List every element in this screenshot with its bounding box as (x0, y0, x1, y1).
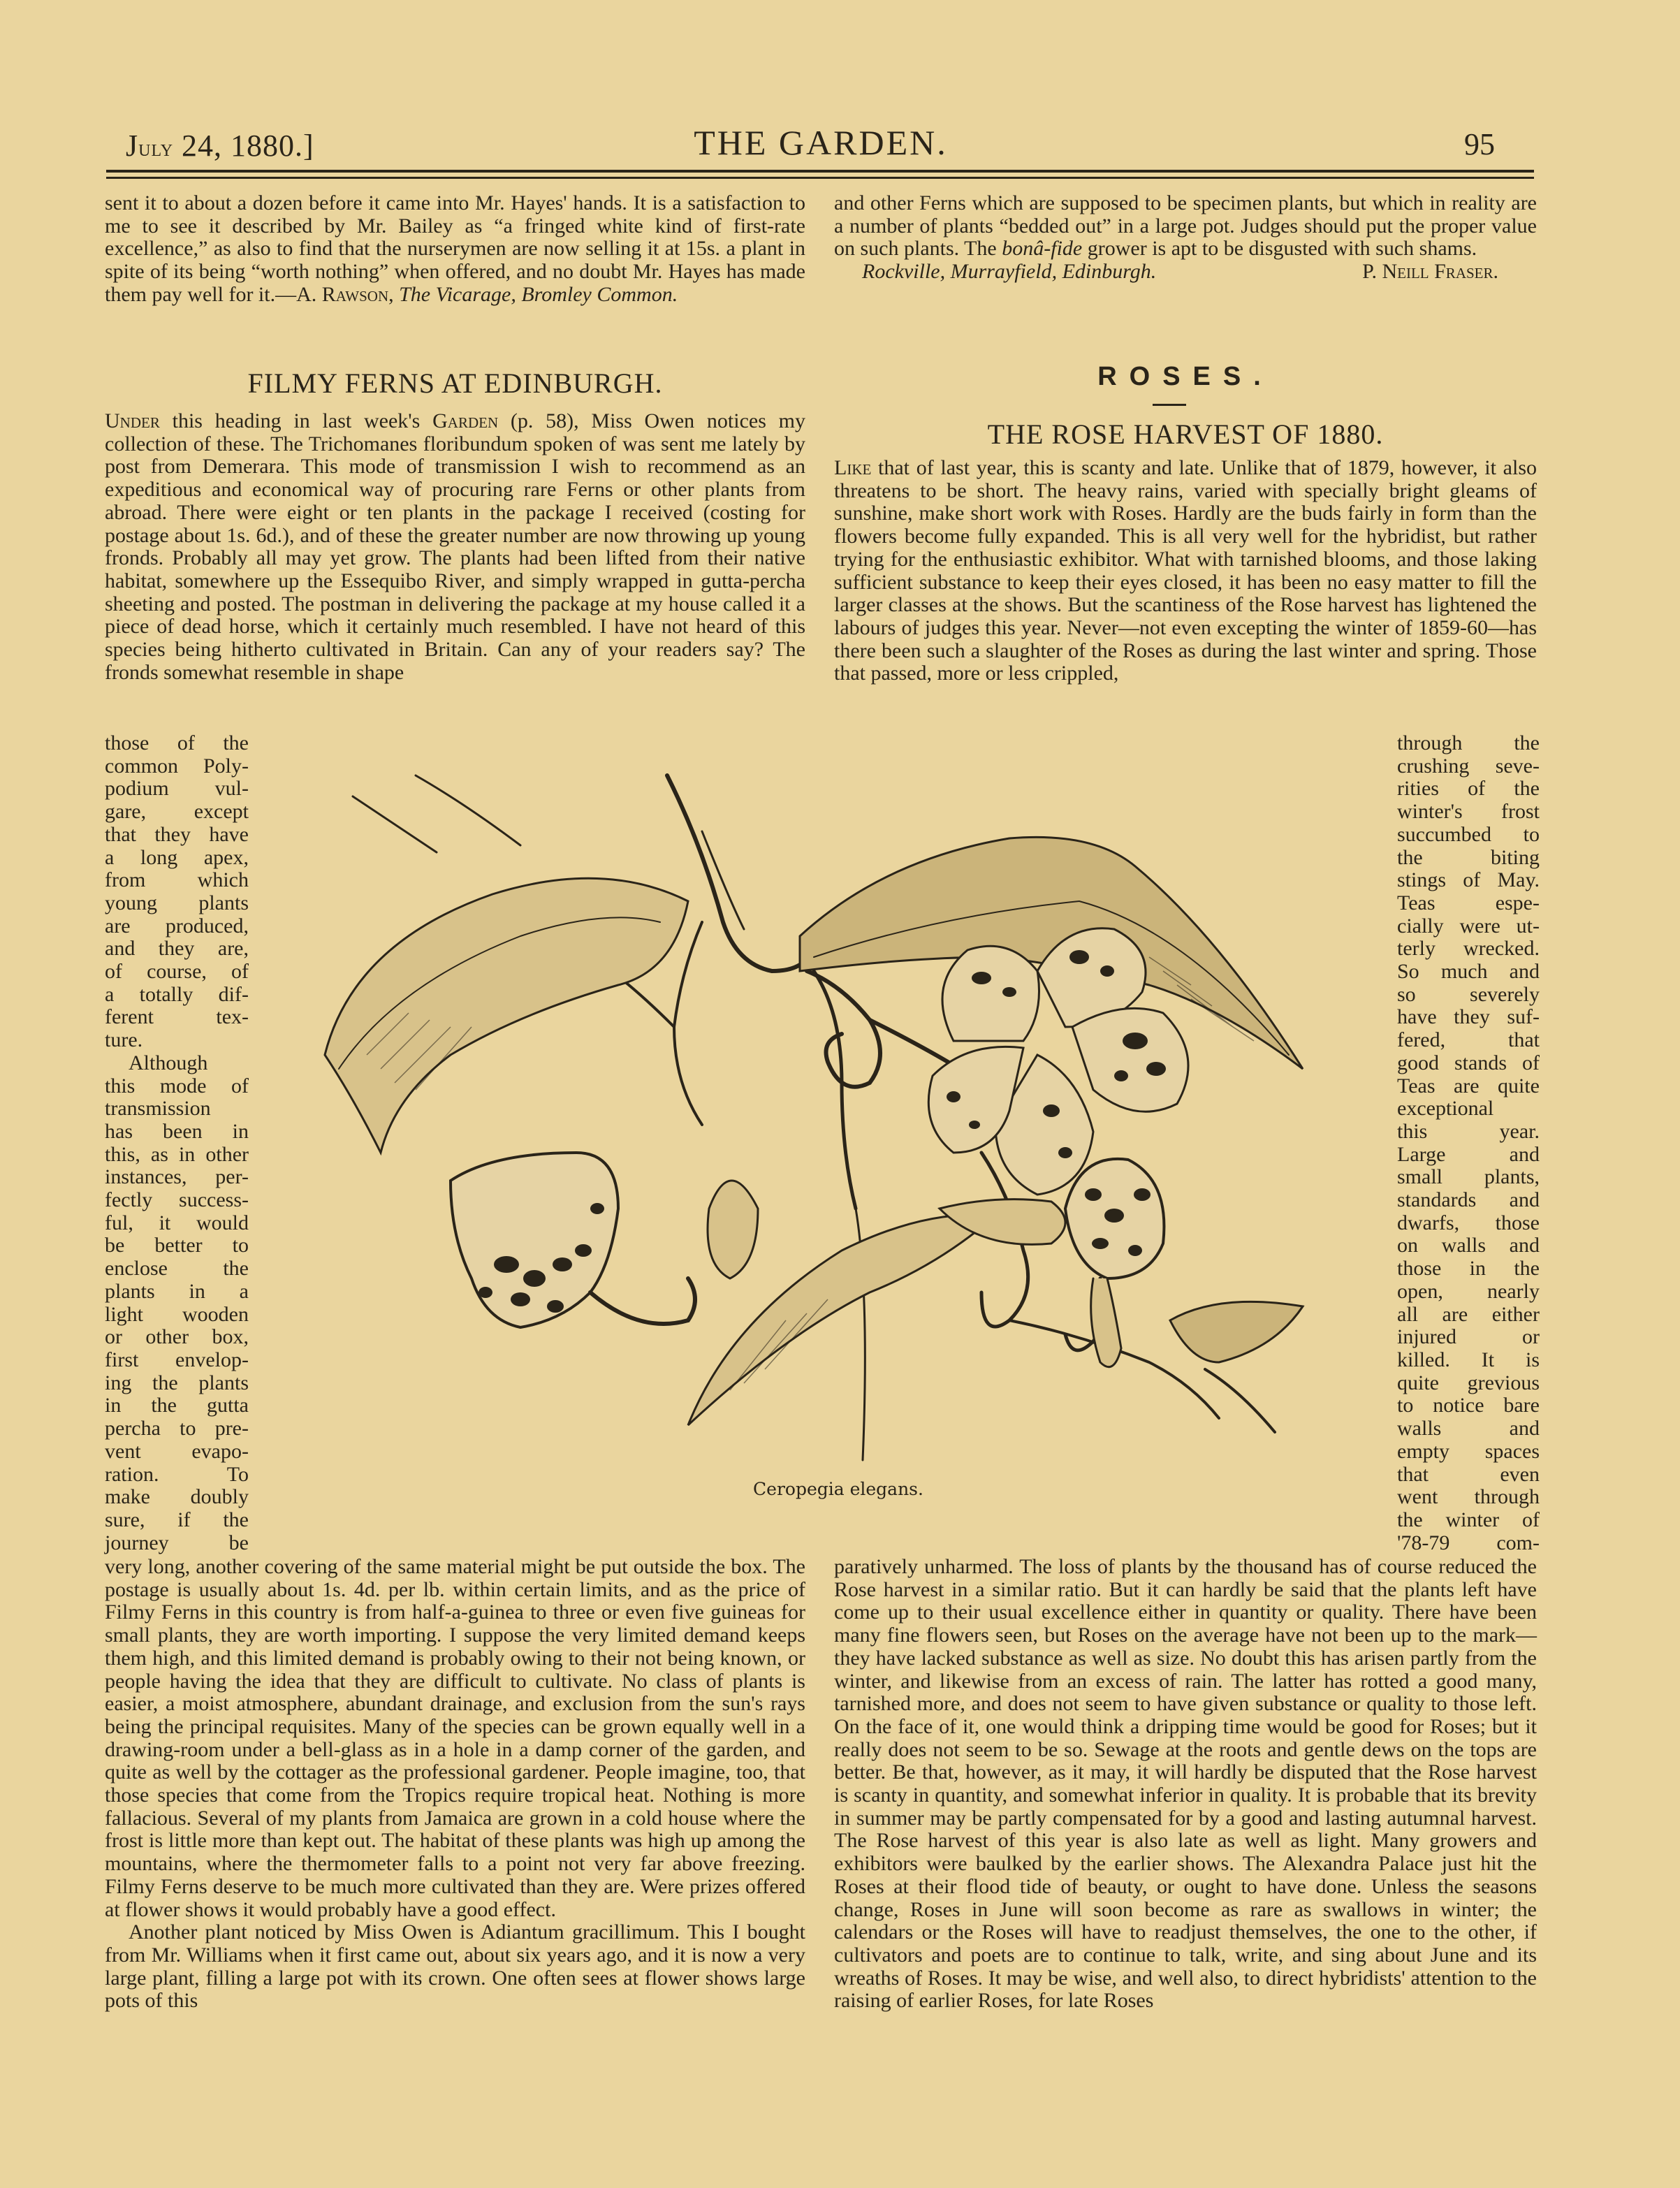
text-line: this mode of (105, 1075, 249, 1098)
text-line: that they have (105, 824, 249, 847)
text-line: stings of May. (1397, 869, 1540, 892)
text-line: has been in (105, 1121, 249, 1144)
text-line: fectly success- (105, 1189, 249, 1212)
text-line: So much and (1397, 961, 1540, 984)
text-line: ferent tex- (105, 1006, 249, 1029)
filmy-ferns-paragraph-1: Under this heading in last week's Garden… (105, 410, 805, 684)
text-line: of course, of (105, 961, 249, 984)
text-line: transmission (105, 1097, 249, 1121)
text-line: Teas espe- (1397, 892, 1540, 915)
rose-harvest-paragraph-2: paratively unharmed. The loss of plants … (834, 1556, 1537, 2013)
text-line: that even (1397, 1464, 1540, 1487)
text-line: crushing seve- (1397, 755, 1540, 778)
text-line: the biting (1397, 847, 1540, 870)
continued-letter-fraser: and other Ferns which are supposed to be… (834, 192, 1537, 284)
text-line: killed. It is (1397, 1349, 1540, 1372)
text-line: this, as in other (105, 1144, 249, 1167)
text-line: succumbed to (1397, 824, 1540, 847)
text-line: podium vul- (105, 778, 249, 801)
text-line: on walls and (1397, 1234, 1540, 1257)
text-line: young plants (105, 892, 249, 915)
filmy-ferns-paragraph-2: very long, another covering of the same … (105, 1556, 805, 2013)
text-line: ration. To (105, 1464, 249, 1487)
text-line: rities of the (1397, 778, 1540, 801)
continued-letter-rawson: sent it to about a dozen before it came … (105, 192, 805, 307)
text-line: Teas are quite (1397, 1075, 1540, 1098)
text-line: enclose the (105, 1257, 249, 1281)
text-line: a long apex, (105, 847, 249, 870)
text-line: this year. (1397, 1121, 1540, 1144)
text-line: common Poly- (105, 755, 249, 778)
text-line: the winter of (1397, 1509, 1540, 1532)
text-line: winter's frost (1397, 801, 1540, 824)
author-address: The Vicarage, Bromley Common. (399, 283, 678, 306)
text-line: good stands of (1397, 1052, 1540, 1075)
header-rule-bottom (106, 177, 1534, 179)
text-line: those in the (1397, 1257, 1540, 1281)
text-line: ture. (105, 1029, 249, 1052)
text-line: instances, per- (105, 1166, 249, 1189)
text-line: from which (105, 869, 249, 892)
text-line: percha to pre- (105, 1417, 249, 1441)
running-head: July 24, 1880.] THE GARDEN. 95 (105, 122, 1537, 164)
ceropegia-illustration (311, 761, 1327, 1474)
page-number: 95 (1464, 126, 1495, 162)
section-heading-roses: ROSES. (834, 362, 1537, 392)
text-line: exceptional (1397, 1097, 1540, 1121)
text-line: be better to (105, 1234, 249, 1257)
filmy-ferns-paragraph-3: Another plant noticed by Miss Owen is Ad… (105, 1921, 805, 2013)
text-line: light wooden (105, 1304, 249, 1327)
article-heading-rose-harvest: THE ROSE HARVEST OF 1880. (834, 418, 1537, 451)
text-line: injured or (1397, 1326, 1540, 1349)
text-line: quite grevious (1397, 1372, 1540, 1395)
text-line: empty spaces (1397, 1441, 1540, 1464)
text-line: walls and (1397, 1417, 1540, 1441)
text-line: all are either (1397, 1304, 1540, 1327)
text-line: fered, that (1397, 1029, 1540, 1052)
text-line: through the (1397, 732, 1540, 755)
text-line: plants in a (105, 1281, 249, 1304)
section-rule (1153, 404, 1186, 406)
filmy-ferns-wrap-text: those of thecommon Poly-podium vul-gare,… (105, 732, 249, 1554)
text-line: and they are, (105, 938, 249, 961)
text-line: ful, it would (105, 1212, 249, 1235)
text-line: or other box, (105, 1326, 249, 1349)
text-line: terly wrecked. (1397, 938, 1540, 961)
text-line: first envelop- (105, 1349, 249, 1372)
text-line: '78-79 com- (1397, 1532, 1540, 1555)
text-line: journey be (105, 1532, 249, 1555)
publication-title: THE GARDEN. (105, 122, 1537, 163)
text-line: to notice bare (1397, 1394, 1540, 1417)
text-line: are produced, (105, 915, 249, 938)
text-line: gare, except (105, 801, 249, 824)
text-line: ing the plants (105, 1372, 249, 1395)
text-line: have they suf- (1397, 1006, 1540, 1029)
text-line: open, nearly (1397, 1281, 1540, 1304)
text-line: make doubly (105, 1486, 249, 1509)
text-line: small plants, (1397, 1166, 1540, 1189)
text-line: standards and (1397, 1189, 1540, 1212)
author-address: Rockville, Murrayfield, Edinburgh. (862, 261, 1156, 284)
text-line: vent evapo- (105, 1441, 249, 1464)
text-line: a totally dif- (105, 984, 249, 1007)
text-line: Large and (1397, 1144, 1540, 1167)
text-line: Although (105, 1052, 249, 1075)
text-line: sure, if the (105, 1509, 249, 1532)
text-line: those of the (105, 732, 249, 755)
newspaper-page: July 24, 1880.] THE GARDEN. 95 sent it t… (0, 0, 1680, 2188)
text-line: in the gutta (105, 1394, 249, 1417)
author-name: Rawson (322, 283, 388, 306)
text-line: so severely (1397, 984, 1540, 1007)
signoff: Rockville, Murrayfield, Edinburgh. P. Ne… (834, 261, 1537, 284)
author-name: P. Neill Fraser. (1362, 261, 1498, 284)
botanical-engraving-icon (311, 761, 1327, 1474)
rose-harvest-paragraph-1: Like that of last year, this is scanty a… (834, 457, 1537, 685)
rose-harvest-wrap-text: through thecrushing seve-rities of thewi… (1397, 732, 1540, 1554)
article-heading-filmy-ferns: FILMY FERNS AT EDINBURGH. (105, 367, 805, 400)
figure-caption: Ceropegia elegans. (699, 1479, 978, 1499)
text-line: cially were ut- (1397, 915, 1540, 938)
header-rule-top (106, 170, 1534, 173)
text-line: went through (1397, 1486, 1540, 1509)
text-line: dwarfs, those (1397, 1212, 1540, 1235)
